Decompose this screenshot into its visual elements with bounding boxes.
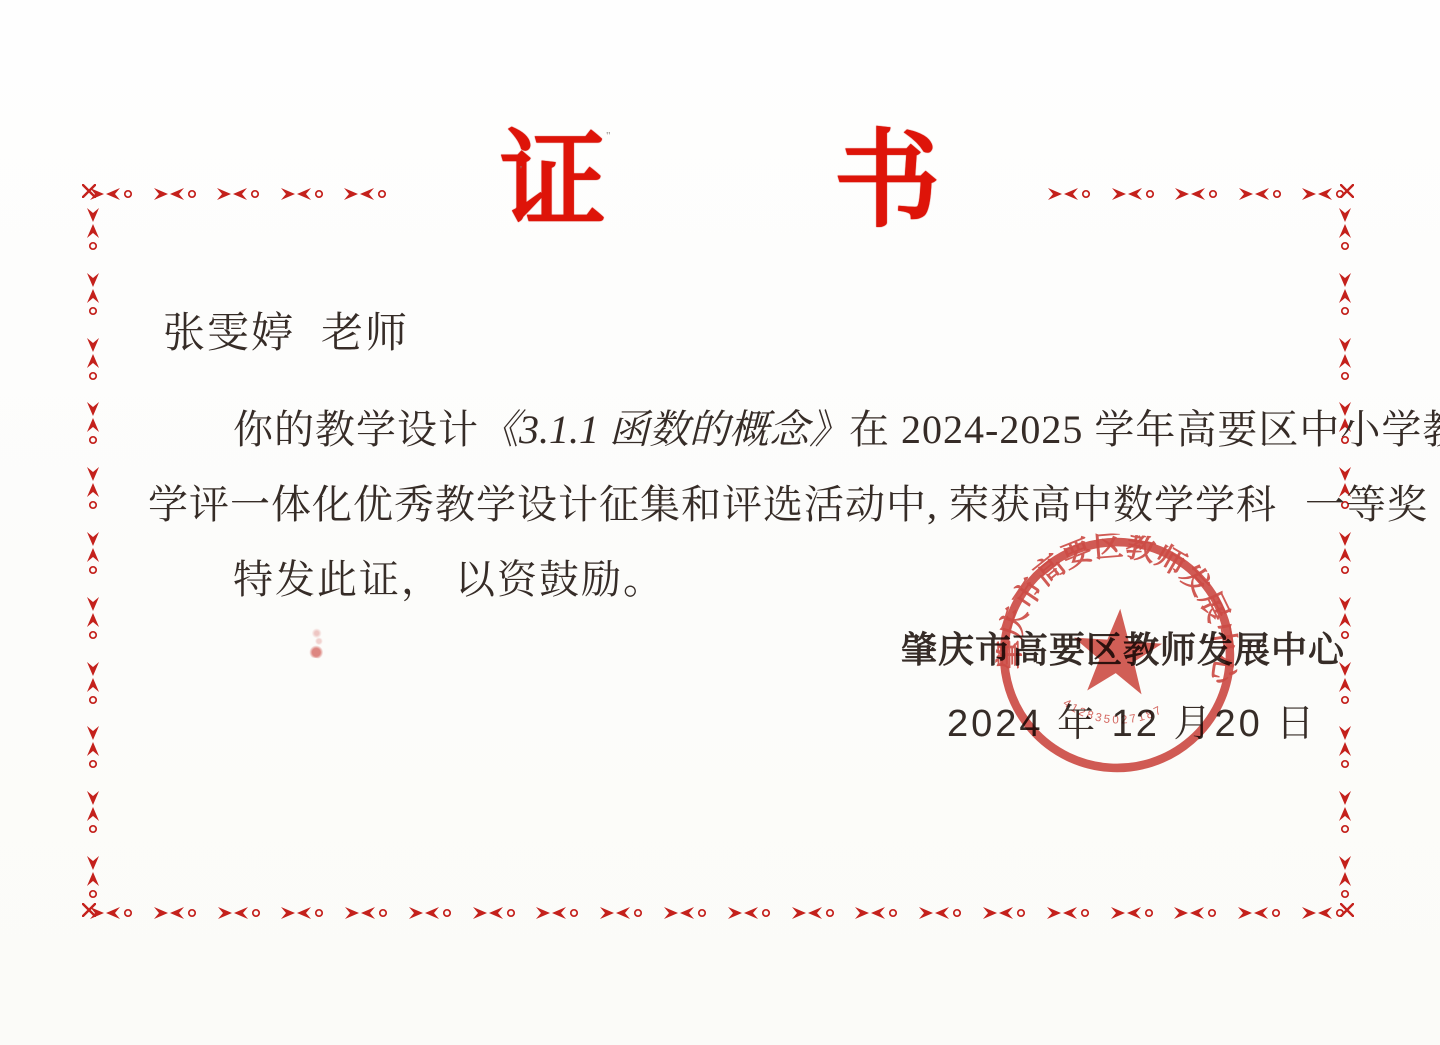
border-motif-icon (1300, 906, 1346, 920)
recipient-line: 张雯婷老师 (163, 300, 409, 360)
border-motif-icon (1338, 271, 1352, 317)
border-motif-icon (86, 724, 100, 770)
border-left-segment (86, 206, 100, 900)
border-top-right-segment (1046, 187, 1346, 201)
border-bottom-segment (88, 906, 1346, 920)
body-line1-prefix: 你的教学设计 (233, 407, 479, 452)
body-line-2: 学评一体化优秀教学设计征集和评选活动中, 荣获高中数学学科一等奖。 (148, 473, 1440, 530)
border-motif-icon (86, 789, 100, 835)
border-motif-icon (86, 595, 100, 641)
seal-number: 412835027187 (1060, 697, 1167, 730)
title-char-zheng: 证 (500, 128, 606, 234)
border-motif-icon (1045, 906, 1091, 920)
border-motif-icon (216, 906, 262, 920)
work-title: 《3.1.1 函数的概念》 (479, 407, 849, 452)
border-motif-icon (1109, 906, 1155, 920)
border-motif-icon (534, 906, 580, 920)
border-motif-icon (471, 906, 517, 920)
border-motif-icon (1338, 336, 1352, 382)
border-corner-top-left (82, 184, 96, 198)
border-motif-icon (86, 530, 100, 576)
border-motif-icon (152, 187, 198, 201)
body-line-1: 你的教学设计《3.1.1 函数的概念》在 2024-2025 学年高要区中小学教 (233, 398, 1440, 455)
scan-speck-1: " (606, 130, 611, 142)
border-motif-icon (917, 906, 963, 920)
award-name: 一等奖 (1305, 473, 1428, 530)
border-motif-icon (1338, 530, 1352, 576)
border-motif-icon (1338, 724, 1352, 770)
border-motif-icon (86, 660, 100, 706)
seal-star-icon (1070, 606, 1164, 696)
title-char-shu: 书 (834, 128, 940, 234)
border-motif-icon (1237, 187, 1283, 201)
recipient-name: 张雯婷 (163, 311, 295, 357)
border-motif-icon (853, 906, 899, 920)
border-corner-top-right (1340, 184, 1354, 198)
certificate-page: 证 书 张雯婷老师 你的教学设计《3.1.1 函数的概念》在 2024-2025… (0, 0, 1440, 1045)
border-motif-icon (407, 906, 453, 920)
border-motif-icon (279, 187, 325, 201)
border-motif-icon (1236, 906, 1282, 920)
border-motif-icon (726, 906, 772, 920)
border-motif-icon (215, 187, 261, 201)
body-line-3: 特发此证， 以资鼓励。 (233, 548, 665, 605)
border-motif-icon (1338, 206, 1352, 252)
border-right-segment (1338, 206, 1352, 900)
border-motif-icon (86, 465, 100, 511)
scan-speck-2: ' (520, 164, 522, 176)
border-motif-icon (86, 206, 100, 252)
border-motif-icon (598, 906, 644, 920)
border-top-left-segment (88, 187, 388, 201)
border-motif-icon (1338, 854, 1352, 900)
border-motif-icon (981, 906, 1027, 920)
svg-text:412835027187: 412835027187 (1060, 697, 1167, 730)
border-motif-icon (1338, 789, 1352, 835)
border-motif-icon (662, 906, 708, 920)
border-motif-icon (86, 271, 100, 317)
border-motif-icon (279, 906, 325, 920)
official-seal-stamp: 肇庆市高要区教师发展中心 412835027187 (988, 526, 1246, 784)
border-corner-bottom-right (1340, 903, 1354, 917)
border-motif-icon (86, 854, 100, 900)
body-line1-rest: 在 2024-2025 学年高要区中小学教 (849, 407, 1440, 452)
border-motif-icon (86, 400, 100, 446)
scan-red-smudge (303, 619, 330, 660)
recipient-title: 老师 (321, 311, 409, 357)
border-motif-icon (86, 336, 100, 382)
border-motif-icon (790, 906, 836, 920)
border-motif-icon (342, 187, 388, 201)
border-motif-icon (343, 906, 389, 920)
border-motif-icon (1173, 187, 1219, 201)
body-line2-main: 学评一体化优秀教学设计征集和评选活动中, 荣获高中数学学科 (148, 482, 1277, 527)
border-motif-icon (152, 906, 198, 920)
certificate-title: 证 书 (0, 128, 1440, 234)
border-motif-icon (1110, 187, 1156, 201)
border-corner-bottom-left (82, 903, 96, 917)
border-motif-icon (1172, 906, 1218, 920)
border-motif-icon (1046, 187, 1092, 201)
